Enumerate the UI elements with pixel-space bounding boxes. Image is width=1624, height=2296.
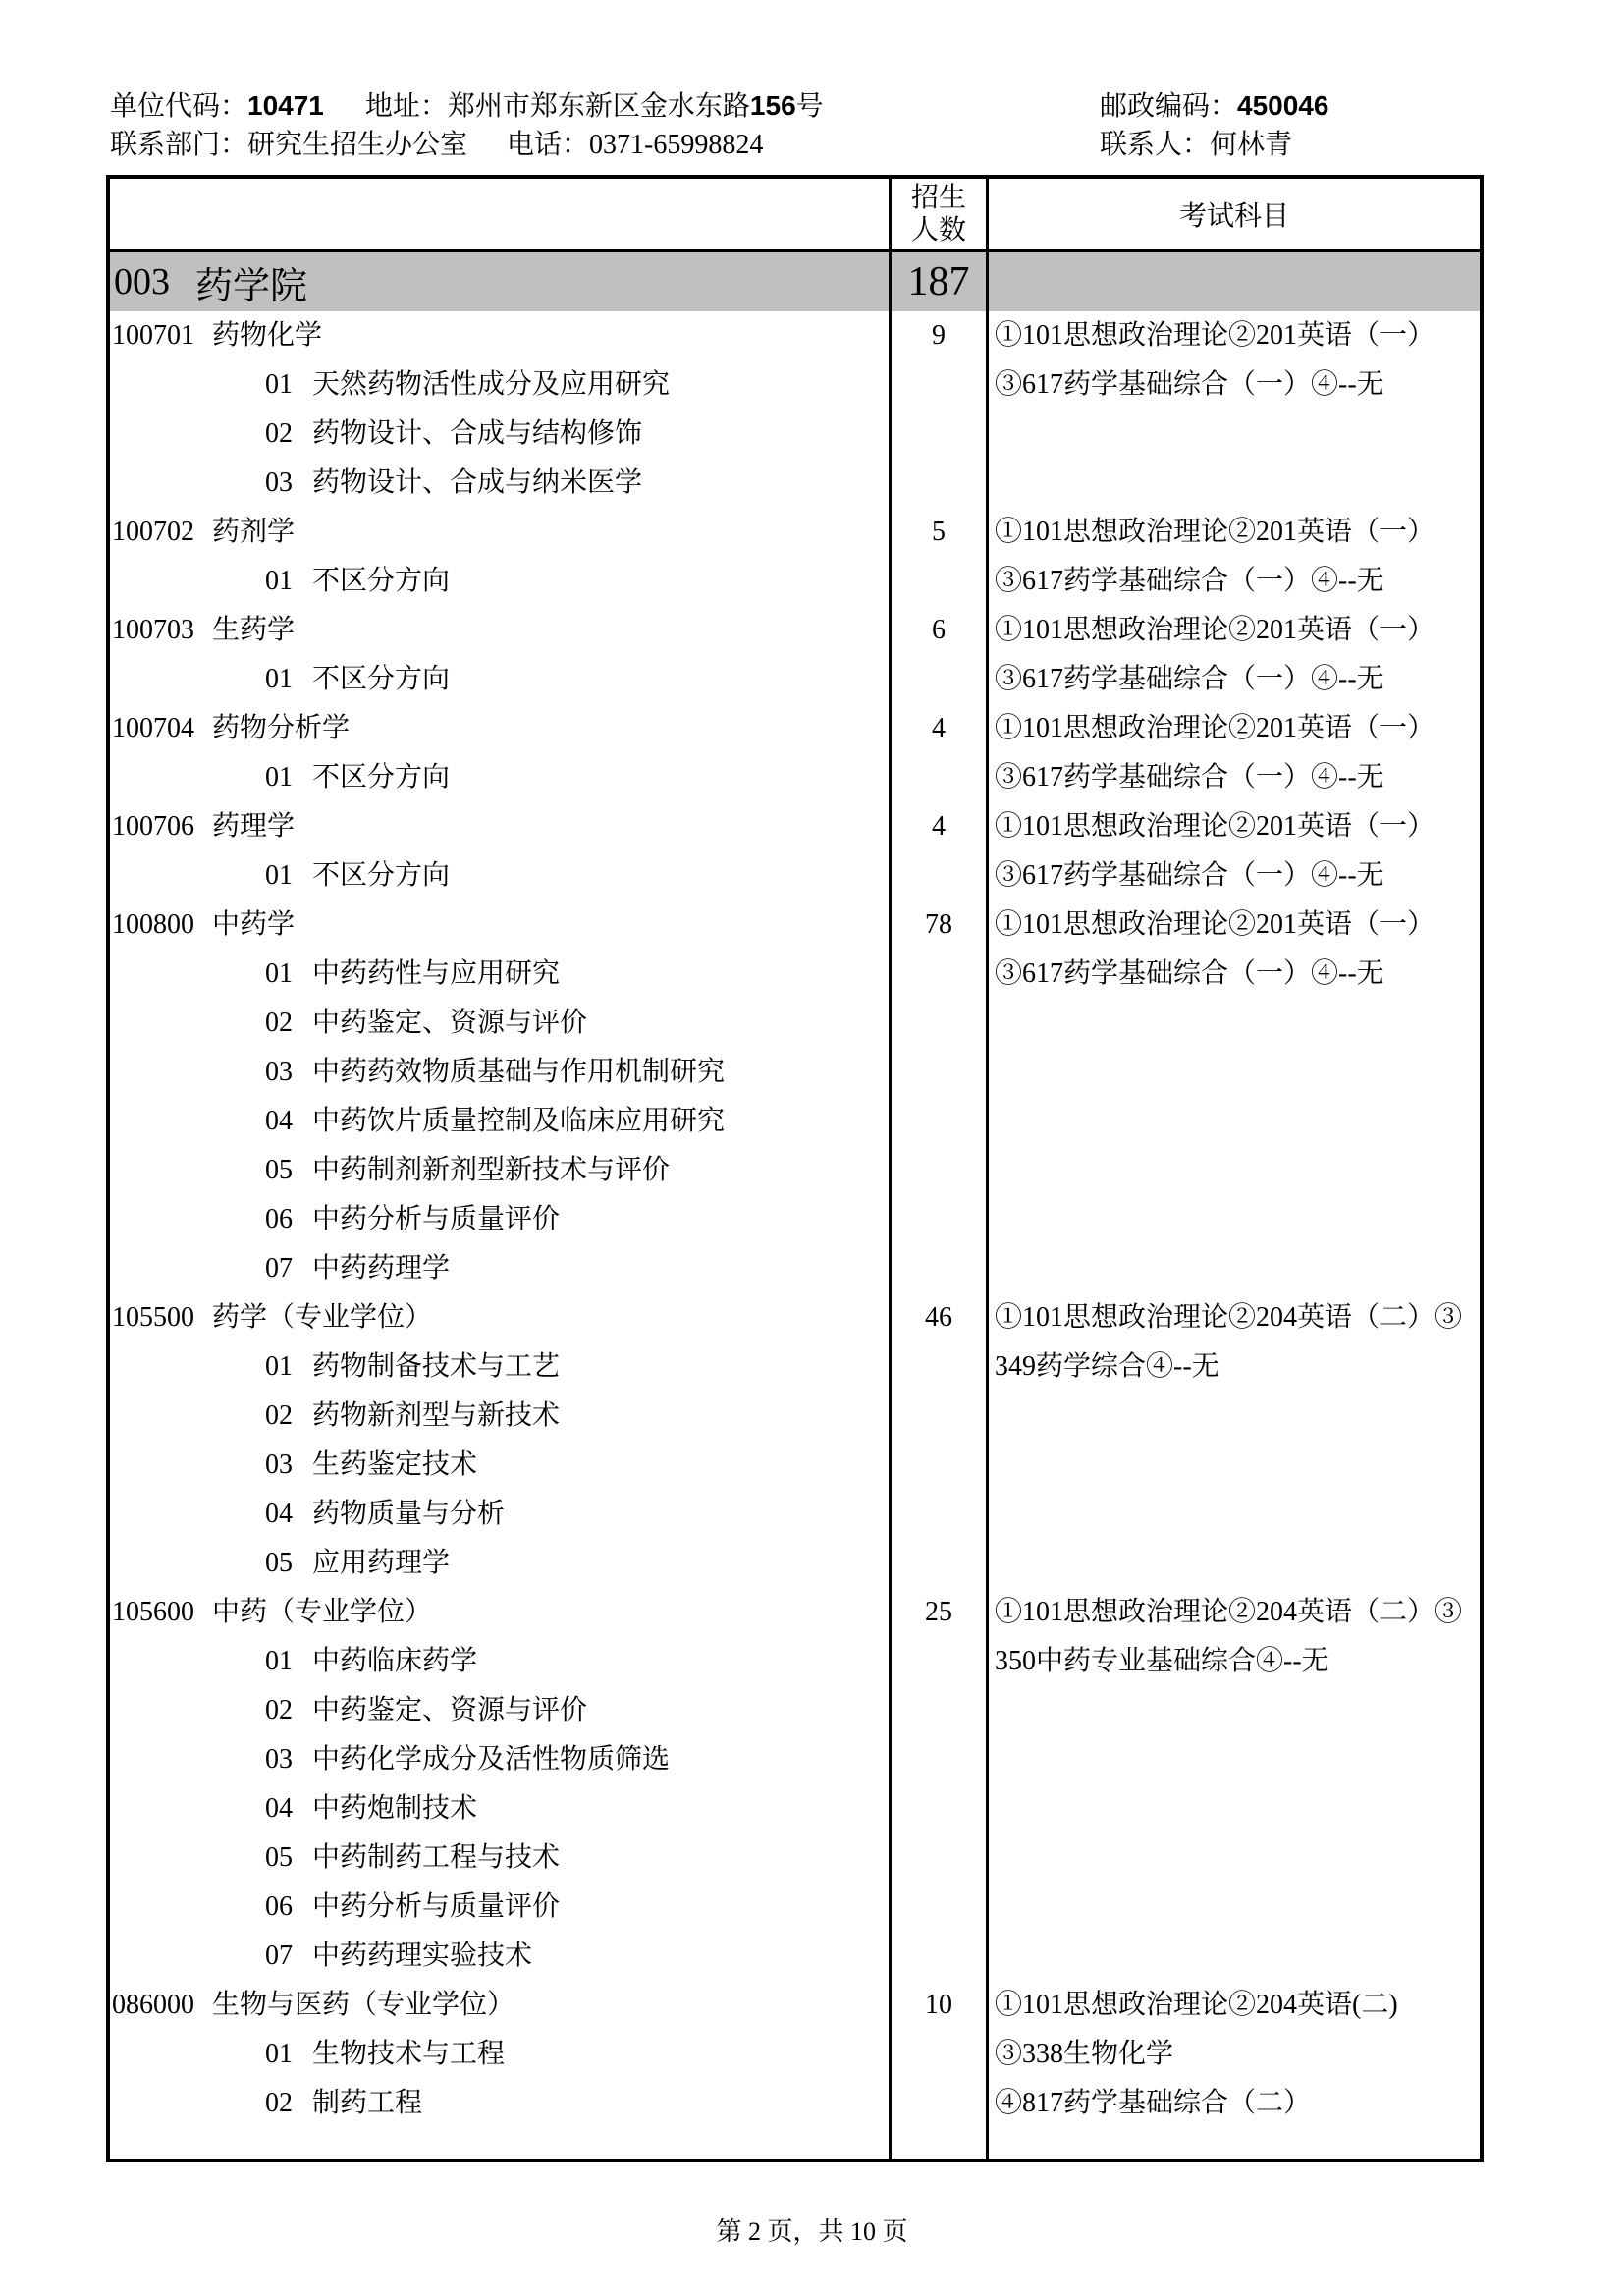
program-name: 中药学 xyxy=(212,909,295,940)
enrollment-cell: 9 xyxy=(892,311,989,508)
direction-number: 03 xyxy=(265,1744,293,1775)
direction-number: 05 xyxy=(265,1155,293,1185)
header-line-2-right: 联系人：何林青 xyxy=(1100,126,1292,165)
direction-number: 01 xyxy=(265,369,293,400)
contact-value: 何林青 xyxy=(1210,130,1292,160)
direction-number: 01 xyxy=(265,2039,293,2069)
program-block: 100702药剂学01不区分方向5①101思想政治理论②201英语（一）③617… xyxy=(110,508,1480,606)
exam-subjects-line: ①101思想政治理论②204英语（二）③ xyxy=(989,1588,1480,1637)
postal-label: 邮政编码： xyxy=(1100,91,1237,122)
header-line-1-right: 邮政编码：450046 xyxy=(1100,86,1328,127)
exam-subjects-line: ①101思想政治理论②204英语（二）③ xyxy=(989,1293,1480,1342)
table-body: 100701药物化学01天然药物活性成分及应用研究02药物设计、合成与结构修饰0… xyxy=(110,311,1480,2159)
header-line-2: 联系部门：研究生招生办公室电话：0371-65998824 联系人：何林青 xyxy=(0,126,1624,165)
section-count-cell: 187 xyxy=(892,252,989,311)
program-cell: 100706药理学01不区分方向 xyxy=(110,802,892,901)
section-title-cell: 003 药学院 xyxy=(110,252,892,311)
program-code: 100704 xyxy=(112,713,194,743)
direction-number: 01 xyxy=(265,762,293,793)
exam-subjects-line: ③617药学基础综合（一）④--无 xyxy=(989,950,1480,999)
direction-row: 06中药分析与质量评价 xyxy=(110,1195,889,1244)
direction-number: 05 xyxy=(265,1548,293,1578)
direction-number: 01 xyxy=(265,566,293,596)
direction-name: 不区分方向 xyxy=(312,566,450,596)
program-name: 药学（专业学位） xyxy=(212,1302,432,1333)
direction-name: 不区分方向 xyxy=(312,762,450,793)
direction-row: 01不区分方向 xyxy=(110,753,889,802)
program-row: 100706药理学 xyxy=(110,802,889,851)
enrollment-count: 5 xyxy=(892,508,986,557)
program-cell: 105500药学（专业学位）01药物制备技术与工艺02药物新剂型与新技术03生药… xyxy=(110,1293,892,1588)
program-name: 药物化学 xyxy=(212,320,322,351)
direction-number: 04 xyxy=(265,1793,293,1824)
direction-row: 02中药鉴定、资源与评价 xyxy=(110,1686,889,1735)
subjects-cell: ①101思想政治理论②204英语（二）③349药学综合④--无 xyxy=(989,1293,1480,1588)
subjects-header-label: 考试科目 xyxy=(1179,194,1289,234)
direction-number: 06 xyxy=(265,1891,293,1922)
exam-subjects-line: ①101思想政治理论②201英语（一） xyxy=(989,606,1480,655)
program-name: 中药（专业学位） xyxy=(212,1597,432,1627)
direction-row: 07中药药理学 xyxy=(110,1244,889,1293)
direction-number: 01 xyxy=(265,1646,293,1676)
direction-number: 02 xyxy=(265,1400,293,1431)
direction-name: 生物技术与工程 xyxy=(312,2039,505,2069)
direction-number: 05 xyxy=(265,1842,293,1873)
direction-number: 06 xyxy=(265,1204,293,1234)
direction-name: 中药炮制技术 xyxy=(312,1793,477,1824)
filler-cell-1 xyxy=(110,2128,892,2159)
direction-number: 03 xyxy=(265,1449,293,1480)
program-block: 100704药物分析学01不区分方向4①101思想政治理论②201英语（一）③6… xyxy=(110,704,1480,802)
exam-subjects-line: ①101思想政治理论②201英语（一） xyxy=(989,704,1480,753)
direction-number: 03 xyxy=(265,467,293,498)
contact-label: 联系人： xyxy=(1100,130,1210,160)
direction-name: 药物新剂型与新技术 xyxy=(312,1400,560,1431)
section-count: 187 xyxy=(908,258,970,305)
enrollment-cell: 10 xyxy=(892,1981,989,2128)
program-name: 药物分析学 xyxy=(212,713,350,743)
direction-row: 06中药分析与质量评价 xyxy=(110,1883,889,1932)
exam-subjects-line: ①101思想政治理论②201英语（一） xyxy=(989,508,1480,557)
address-number: 156 xyxy=(750,90,796,121)
direction-number: 07 xyxy=(265,1253,293,1284)
enrollment-cell: 25 xyxy=(892,1588,989,1981)
direction-number: 02 xyxy=(265,1695,293,1725)
table-filler xyxy=(110,2128,1480,2159)
program-row: 100704药物分析学 xyxy=(110,704,889,753)
direction-name: 药物制备技术与工艺 xyxy=(312,1351,560,1382)
page-number-text: 第 2 页，共 10 页 xyxy=(716,2217,907,2246)
enrollment-cell: 4 xyxy=(892,704,989,802)
direction-name: 不区分方向 xyxy=(312,664,450,694)
program-code: 100702 xyxy=(112,517,194,547)
enrollment-cell: 78 xyxy=(892,901,989,1293)
program-cell: 100800中药学01中药药性与应用研究02中药鉴定、资源与评价03中药药效物质… xyxy=(110,901,892,1293)
program-cell: 086000生物与医药（专业学位）01生物技术与工程02制药工程 xyxy=(110,1981,892,2128)
enrollment-count: 4 xyxy=(892,704,986,753)
direction-row: 04药物质量与分析 xyxy=(110,1490,889,1539)
page-footer: 第 2 页，共 10 页 xyxy=(0,2212,1624,2248)
program-block: 105500药学（专业学位）01药物制备技术与工艺02药物新剂型与新技术03生药… xyxy=(110,1293,1480,1588)
program-cell: 100704药物分析学01不区分方向 xyxy=(110,704,892,802)
direction-number: 01 xyxy=(265,958,293,989)
direction-row: 01不区分方向 xyxy=(110,557,889,606)
direction-name: 中药药理学 xyxy=(312,1253,450,1284)
direction-name: 应用药理学 xyxy=(312,1548,450,1578)
enrollment-count: 25 xyxy=(892,1588,986,1637)
program-name: 药剂学 xyxy=(212,517,295,547)
enrollment-count: 78 xyxy=(892,901,986,950)
program-name: 药理学 xyxy=(212,811,295,842)
direction-row: 04中药炮制技术 xyxy=(110,1784,889,1833)
header-line-1: 单位代码：10471地址：郑州市郑东新区金水东路156号 邮政编码：450046 xyxy=(0,86,1624,126)
section-row: 003 药学院 187 xyxy=(110,252,1480,311)
exam-subjects-line: ①101思想政治理论②201英语（一） xyxy=(989,901,1480,950)
direction-number: 02 xyxy=(265,2088,293,2118)
enrollment-count: 6 xyxy=(892,606,986,655)
direction-row: 07中药药理实验技术 xyxy=(110,1932,889,1981)
direction-number: 04 xyxy=(265,1106,293,1136)
direction-row: 02制药工程 xyxy=(110,2079,889,2128)
enrollment-cell: 46 xyxy=(892,1293,989,1588)
program-row: 086000生物与医药（专业学位） xyxy=(110,1981,889,2030)
header-empty-cell xyxy=(110,179,892,249)
subjects-cell: ①101思想政治理论②201英语（一）③617药学基础综合（一）④--无 xyxy=(989,704,1480,802)
direction-name: 中药制药工程与技术 xyxy=(312,1842,560,1873)
enrollment-count: 4 xyxy=(892,802,986,851)
program-block: 100701药物化学01天然药物活性成分及应用研究02药物设计、合成与结构修饰0… xyxy=(110,311,1480,508)
program-cell: 100703生药学01不区分方向 xyxy=(110,606,892,704)
exam-subjects-line: ①101思想政治理论②201英语（一） xyxy=(989,802,1480,851)
direction-row: 02药物新剂型与新技术 xyxy=(110,1392,889,1441)
direction-number: 02 xyxy=(265,1008,293,1038)
direction-number: 01 xyxy=(265,1351,293,1382)
admissions-table: 招生 人数 考试科目 003 药学院 187 100701药物化学01天然药物活… xyxy=(106,175,1484,2162)
subjects-cell: ①101思想政治理论②201英语（一）③617药学基础综合（一）④--无 xyxy=(989,311,1480,508)
program-row: 100702药剂学 xyxy=(110,508,889,557)
exam-subjects-line: ③617药学基础综合（一）④--无 xyxy=(989,851,1480,901)
section-name: 药学院 xyxy=(195,255,307,309)
program-block: 100800中药学01中药药性与应用研究02中药鉴定、资源与评价03中药药效物质… xyxy=(110,901,1480,1293)
postal-code-value: 450046 xyxy=(1237,90,1328,121)
subjects-cell: ①101思想政治理论②204英语(二)③338生物化学④817药学基础综合（二） xyxy=(989,1981,1480,2128)
direction-name: 药物设计、合成与纳米医学 xyxy=(312,467,642,498)
table-header-row: 招生 人数 考试科目 xyxy=(110,179,1480,252)
direction-number: 03 xyxy=(265,1057,293,1087)
enrollment-cell: 6 xyxy=(892,606,989,704)
enrollment-cell: 4 xyxy=(892,802,989,901)
direction-row: 01药物制备技术与工艺 xyxy=(110,1342,889,1392)
direction-name: 制药工程 xyxy=(312,2088,422,2118)
direction-row: 05中药制剂新剂型新技术与评价 xyxy=(110,1146,889,1195)
direction-row: 05中药制药工程与技术 xyxy=(110,1833,889,1883)
phone-label: 电话： xyxy=(507,130,589,160)
program-name: 生药学 xyxy=(212,615,295,645)
program-cell: 100702药剂学01不区分方向 xyxy=(110,508,892,606)
program-code: 100706 xyxy=(112,811,194,842)
exam-subjects-line: ③617药学基础综合（一）④--无 xyxy=(989,753,1480,802)
program-row: 100800中药学 xyxy=(110,901,889,950)
direction-number: 01 xyxy=(265,664,293,694)
direction-row: 01不区分方向 xyxy=(110,851,889,901)
enrollment-header-line1: 招生 xyxy=(911,182,966,214)
direction-name: 天然药物活性成分及应用研究 xyxy=(312,369,670,400)
program-code: 100701 xyxy=(112,320,194,351)
direction-name: 中药临床药学 xyxy=(312,1646,477,1676)
direction-row: 02中药鉴定、资源与评价 xyxy=(110,999,889,1048)
section-code: 003 xyxy=(114,260,170,303)
enrollment-cell: 5 xyxy=(892,508,989,606)
program-cell: 105600中药（专业学位）01中药临床药学02中药鉴定、资源与评价03中药化学… xyxy=(110,1588,892,1981)
subjects-cell: ①101思想政治理论②201英语（一）③617药学基础综合（一）④--无 xyxy=(989,508,1480,606)
direction-name: 药物质量与分析 xyxy=(312,1499,505,1529)
dept-value: 研究生招生办公室 xyxy=(247,130,467,160)
exam-subjects-line: ③617药学基础综合（一）④--无 xyxy=(989,360,1480,410)
address-label: 地址： xyxy=(365,91,448,122)
direction-row: 02药物设计、合成与结构修饰 xyxy=(110,410,889,459)
direction-number: 07 xyxy=(265,1941,293,1971)
address-text: 郑州市郑东新区金水东路 xyxy=(448,91,750,122)
enrollment-header-cell: 招生 人数 xyxy=(892,179,989,249)
direction-name: 中药制剂新剂型新技术与评价 xyxy=(312,1155,670,1185)
program-code: 086000 xyxy=(112,1990,194,2020)
exam-subjects-line: ③338生物化学 xyxy=(989,2030,1480,2079)
program-code: 105600 xyxy=(112,1597,194,1627)
enrollment-count: 9 xyxy=(892,311,986,360)
filler-cell-2 xyxy=(892,2128,989,2159)
header-line-1-left: 单位代码：10471地址：郑州市郑东新区金水东路156号 xyxy=(110,86,824,127)
exam-subjects-line: 350中药专业基础综合④--无 xyxy=(989,1637,1480,1686)
document-header: 单位代码：10471地址：郑州市郑东新区金水东路156号 邮政编码：450046… xyxy=(0,86,1624,165)
exam-subjects-line: ①101思想政治理论②204英语(二) xyxy=(989,1981,1480,2030)
program-code: 100800 xyxy=(112,909,194,940)
direction-row: 01天然药物活性成分及应用研究 xyxy=(110,360,889,410)
subjects-header-cell: 考试科目 xyxy=(989,179,1480,249)
direction-row: 04中药饮片质量控制及临床应用研究 xyxy=(110,1097,889,1146)
direction-row: 03生药鉴定技术 xyxy=(110,1441,889,1490)
direction-name: 中药药性与应用研究 xyxy=(312,958,560,989)
direction-number: 01 xyxy=(265,860,293,891)
exam-subjects-line: ①101思想政治理论②201英语（一） xyxy=(989,311,1480,360)
phone-value: 0371-65998824 xyxy=(589,130,763,160)
direction-row: 03中药药效物质基础与作用机制研究 xyxy=(110,1048,889,1097)
header-line-2-left: 联系部门：研究生招生办公室电话：0371-65998824 xyxy=(110,126,763,165)
direction-name: 生药鉴定技术 xyxy=(312,1449,477,1480)
program-code: 105500 xyxy=(112,1302,194,1333)
program-name: 生物与医药（专业学位） xyxy=(212,1990,514,2020)
direction-name: 药物设计、合成与结构修饰 xyxy=(312,418,642,449)
program-block: 100706药理学01不区分方向4①101思想政治理论②201英语（一）③617… xyxy=(110,802,1480,901)
subjects-cell: ①101思想政治理论②201英语（一）③617药学基础综合（一）④--无 xyxy=(989,606,1480,704)
exam-subjects-line: ③617药学基础综合（一）④--无 xyxy=(989,655,1480,704)
direction-name: 中药药效物质基础与作用机制研究 xyxy=(312,1057,725,1087)
program-block: 086000生物与医药（专业学位）01生物技术与工程02制药工程10①101思想… xyxy=(110,1981,1480,2128)
dept-label: 联系部门： xyxy=(110,130,247,160)
direction-name: 中药饮片质量控制及临床应用研究 xyxy=(312,1106,725,1136)
direction-row: 03药物设计、合成与纳米医学 xyxy=(110,459,889,508)
exam-subjects-line: 349药学综合④--无 xyxy=(989,1342,1480,1392)
program-code: 100703 xyxy=(112,615,194,645)
unit-code-label: 单位代码： xyxy=(110,91,247,122)
enrollment-count: 46 xyxy=(892,1293,986,1342)
direction-name: 中药鉴定、资源与评价 xyxy=(312,1695,587,1725)
direction-row: 01中药药性与应用研究 xyxy=(110,950,889,999)
filler-cell-3 xyxy=(989,2128,1480,2159)
exam-subjects-line: ④817药学基础综合（二） xyxy=(989,2079,1480,2128)
direction-row: 01不区分方向 xyxy=(110,655,889,704)
direction-name: 中药化学成分及活性物质筛选 xyxy=(312,1744,670,1775)
unit-code-value: 10471 xyxy=(247,90,324,121)
direction-row: 01生物技术与工程 xyxy=(110,2030,889,2079)
direction-name: 中药分析与质量评价 xyxy=(312,1204,560,1234)
direction-row: 05应用药理学 xyxy=(110,1539,889,1588)
enrollment-header-line2: 人数 xyxy=(911,214,966,246)
direction-row: 03中药化学成分及活性物质筛选 xyxy=(110,1735,889,1784)
direction-name: 不区分方向 xyxy=(312,860,450,891)
direction-row: 01中药临床药学 xyxy=(110,1637,889,1686)
program-cell: 100701药物化学01天然药物活性成分及应用研究02药物设计、合成与结构修饰0… xyxy=(110,311,892,508)
section-subjects-cell xyxy=(989,252,1480,311)
program-row: 100703生药学 xyxy=(110,606,889,655)
direction-name: 中药药理实验技术 xyxy=(312,1941,532,1971)
direction-name: 中药分析与质量评价 xyxy=(312,1891,560,1922)
program-row: 100701药物化学 xyxy=(110,311,889,360)
exam-subjects-line: ③617药学基础综合（一）④--无 xyxy=(989,557,1480,606)
program-row: 105600中药（专业学位） xyxy=(110,1588,889,1637)
program-block: 100703生药学01不区分方向6①101思想政治理论②201英语（一）③617… xyxy=(110,606,1480,704)
enrollment-count: 10 xyxy=(892,1981,986,2030)
direction-number: 02 xyxy=(265,418,293,449)
program-row: 105500药学（专业学位） xyxy=(110,1293,889,1342)
subjects-cell: ①101思想政治理论②201英语（一）③617药学基础综合（一）④--无 xyxy=(989,802,1480,901)
direction-name: 中药鉴定、资源与评价 xyxy=(312,1008,587,1038)
subjects-cell: ①101思想政治理论②204英语（二）③350中药专业基础综合④--无 xyxy=(989,1588,1480,1981)
direction-number: 04 xyxy=(265,1499,293,1529)
subjects-cell: ①101思想政治理论②201英语（一）③617药学基础综合（一）④--无 xyxy=(989,901,1480,1293)
program-block: 105600中药（专业学位）01中药临床药学02中药鉴定、资源与评价03中药化学… xyxy=(110,1588,1480,1981)
address-suffix: 号 xyxy=(796,91,824,122)
